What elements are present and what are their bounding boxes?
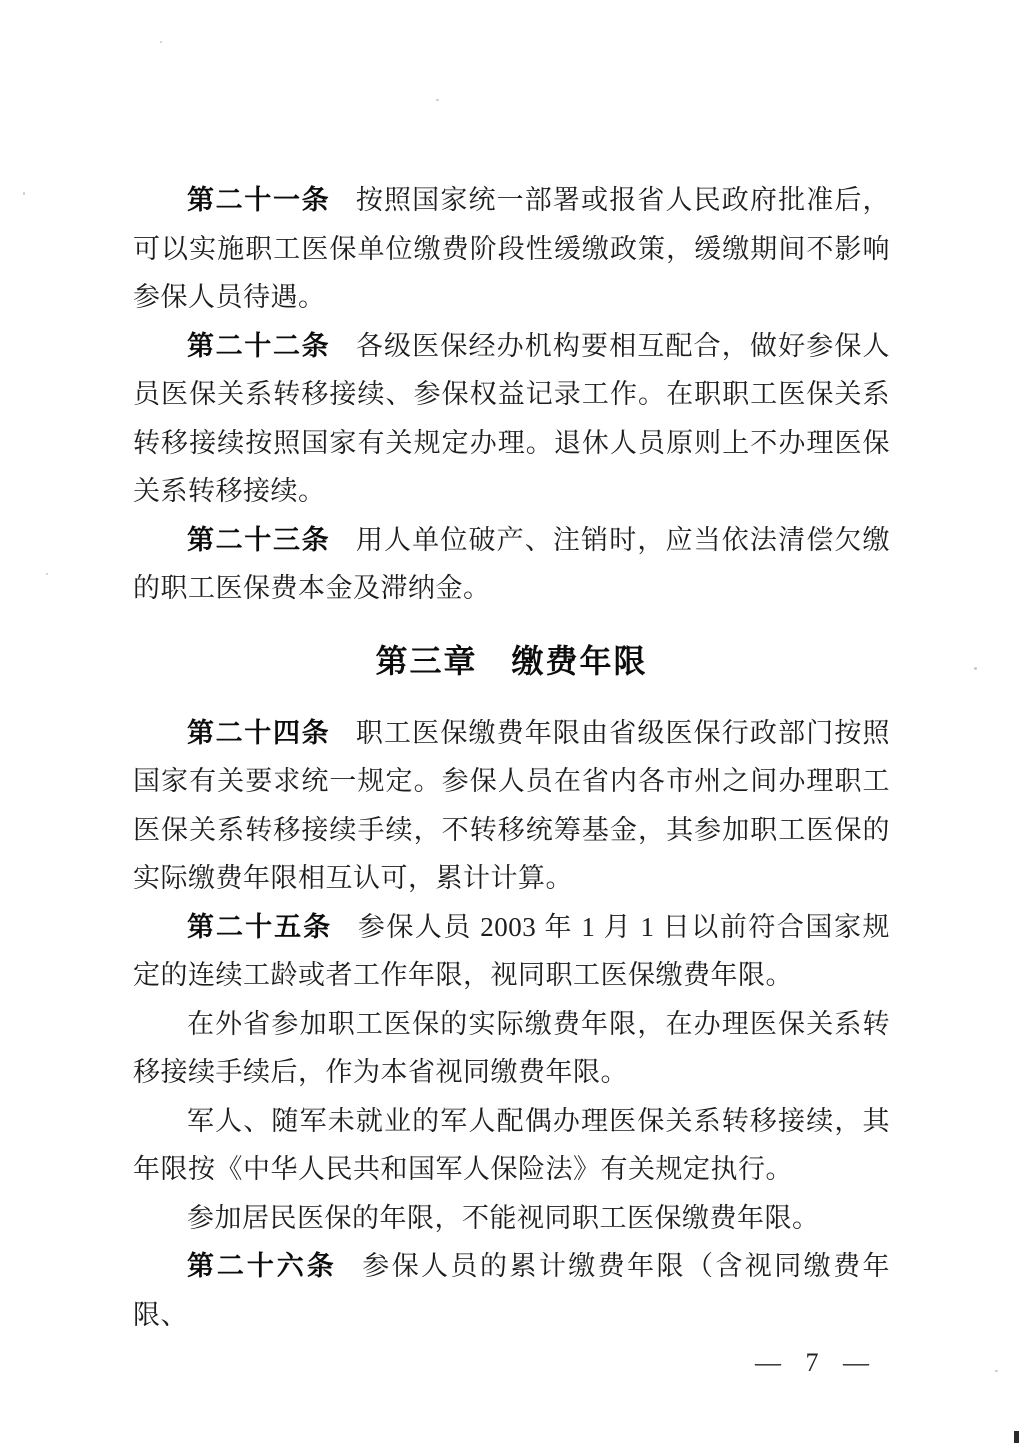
article-number: 第二十四条 [187,718,330,748]
document-body: 第二十一条按照国家统一部署或报省人民政府批准后，可以实施职工医保单位缴费阶段性缓… [133,176,890,1380]
page-number: — 7 — [133,1346,890,1380]
article-number: 第二十一条 [187,185,330,215]
article-number: 第二十三条 [187,525,330,555]
chapter-heading: 第三章 缴费年限 [133,636,890,686]
article-paragraph: 第二十四条职工医保缴费年限由省级医保行政部门按照国家有关要求统一规定。参保人员在… [133,709,890,903]
article-paragraph: 第二十三条用人单位破产、注销时，应当依法清偿欠缴的职工医保费本金及滞纳金。 [133,516,890,613]
scan-speck [995,1370,998,1372]
article-paragraph: 第二十五条参保人员 2003 年 1 月 1 日以前符合国家规定的连续工龄或者工… [133,903,890,1000]
scan-speck [436,99,439,101]
document-page: 第二十一条按照国家统一部署或报省人民政府批准后，可以实施职工医保单位缴费阶段性缓… [0,0,1024,1448]
paragraph: 军人、随军未就业的军人配偶办理医保关系转移接续，其年限按《中华人民共和国军人保险… [133,1097,890,1194]
paragraph: 在外省参加职工医保的实际缴费年限，在办理医保关系转移接续手续后，作为本省视同缴费… [133,1000,890,1097]
scan-edge-artifact [1014,1431,1019,1443]
article-paragraph: 第二十六条参保人员的累计缴费年限（含视同缴费年限、 [133,1242,890,1339]
article-number: 第二十六条 [187,1251,337,1281]
scan-speck [46,573,48,575]
article-number: 第二十五条 [187,912,332,942]
article-number: 第二十二条 [187,331,330,361]
scan-speck [160,41,162,43]
article-paragraph: 第二十二条各级医保经办机构要相互配合，做好参保人员医保关系转移接续、参保权益记录… [133,322,890,516]
article-paragraph: 第二十一条按照国家统一部署或报省人民政府批准后，可以实施职工医保单位缴费阶段性缓… [133,176,890,322]
scan-speck [974,667,977,670]
paragraph: 参加居民医保的年限，不能视同职工医保缴费年限。 [133,1194,890,1243]
scan-speck [23,192,25,195]
